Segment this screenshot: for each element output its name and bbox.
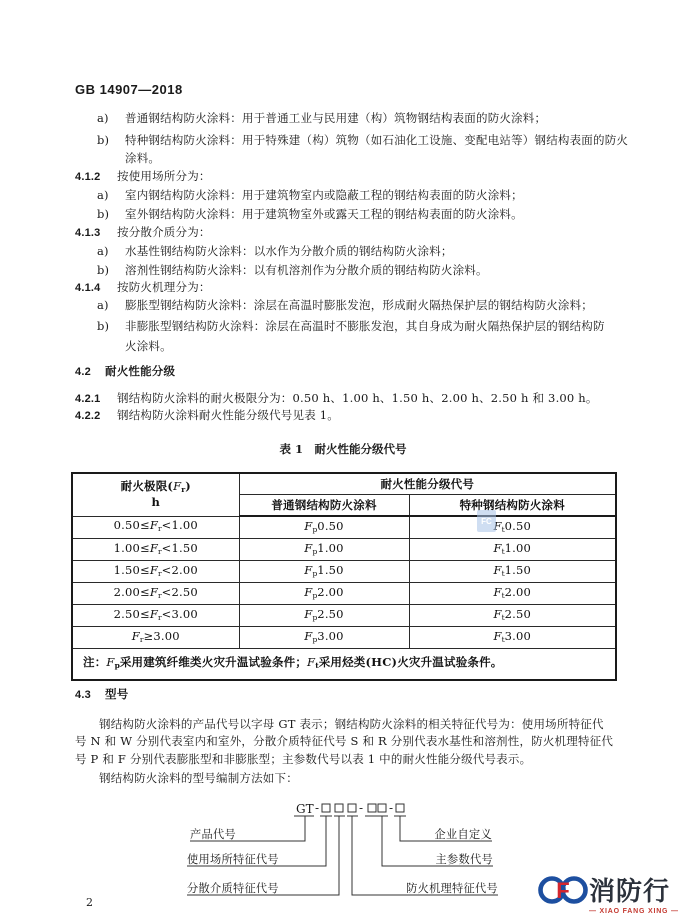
label-enterprise-defined: 企业自定义: [435, 827, 492, 841]
list-marker: b): [97, 262, 125, 278]
list-marker: b): [97, 318, 125, 334]
paragraph-line: 钢结构防火涂料的型号编制方法如下：: [99, 770, 298, 786]
list-item: b)室外钢结构防火涂料：用于建筑物室外或露天工程的钢结构表面的防火涂料。: [97, 206, 523, 222]
list-item: b)特种钢结构防火涂料：用于特殊建（构）筑物（如石油化工设施、变配电站等）钢结构…: [97, 132, 628, 148]
cell-special-code: Ft2.50: [409, 605, 616, 627]
fire-resistance-class-table: 耐火极限(Fr) h 耐火性能分级代号 普通钢结构防火涂料 特种钢结构防火涂料 …: [71, 472, 617, 681]
list-item: a)膨胀型钢结构防火涂料：涂层在高温时膨胀发泡，形成耐火隔热保护层的钢结构防火涂…: [97, 297, 593, 313]
cell-ordinary-code: Fp0.50: [239, 516, 409, 539]
line-text: 钢结构防火涂料的耐火极限分为：0.50 h、1.00 h、1.50 h、2.00…: [117, 391, 598, 405]
cell-ordinary-code: Fp3.00: [239, 627, 409, 649]
clause-heading: 4.1.2按使用场所分为：: [75, 168, 211, 185]
logo-cn-text: 消防行: [589, 876, 670, 906]
label-place-code: 使用场所特征代号: [187, 852, 279, 866]
table-note-row: 注：Fp采用建筑纤维类火灾升温试验条件；Ft采用烃类(HC)火灾升温试验条件。: [72, 649, 616, 681]
label-product-code: 产品代号: [190, 827, 236, 841]
list-marker: a): [97, 187, 125, 203]
header-unit: h: [151, 495, 160, 509]
standard-number: GB 14907—2018: [75, 82, 183, 97]
clause-number: 4.1.2: [75, 169, 117, 185]
table-caption: 表 1 耐火性能分级代号: [71, 441, 615, 457]
list-item: a)水基性钢结构防火涂料：以水作为分散介质的钢结构防火涂料；: [97, 243, 453, 259]
clause-number: 4.1.3: [75, 225, 117, 241]
line-text: 钢结构防火涂料的产品代号以字母 GT 表示；钢结构防火涂料的相关特征代号为：使用…: [99, 717, 604, 731]
line-text: 耐火性能分级: [105, 364, 175, 378]
list-item: a)普通钢结构防火涂料：用于普通工业与民用建（构）筑物钢结构表面的防火涂料；: [97, 110, 546, 126]
code-box: [368, 804, 376, 812]
logo-letter-f: F: [556, 878, 569, 903]
cell-special-code: Ft1.00: [409, 539, 616, 561]
page-number: 2: [86, 896, 93, 909]
hyphen: -: [315, 801, 319, 815]
list-item-continuation: 涂料。: [125, 150, 160, 166]
cell-limit: 2.50≤Fr<3.00: [72, 605, 239, 627]
list-marker: b): [97, 206, 125, 222]
line-text: 涂料。: [125, 151, 160, 165]
line-text: 钢结构防火涂料耐火性能分级代号见表 1。: [117, 408, 339, 422]
cell-ordinary-code: Fp1.00: [239, 539, 409, 561]
list-marker: a): [97, 297, 125, 313]
table-row: 2.50≤Fr<3.00 Fp2.50 Ft2.50: [72, 605, 616, 627]
list-item: b)非膨胀型钢结构防火涂料：涂层在高温时不膨胀发泡，其自身成为耐火隔热保护层的钢…: [97, 318, 605, 334]
header-special: 特种钢结构防火涂料: [409, 495, 616, 517]
label-mechanism-code: 防火机理特征代号: [406, 881, 498, 895]
paragraph-line: 钢结构防火涂料的产品代号以字母 GT 表示；钢结构防火涂料的相关特征代号为：使用…: [99, 716, 604, 732]
header-fire-limit-post: ): [185, 479, 191, 493]
clause-number: 4.3: [75, 687, 105, 703]
table-row: 2.00≤Fr<2.50 Fp2.00 Ft2.00: [72, 583, 616, 605]
label-main-parameter-code: 主参数代号: [436, 852, 493, 866]
diagram-gt-code: GT: [296, 802, 314, 816]
watermark-stamp: FC: [477, 510, 496, 532]
line-text: 室外钢结构防火涂料：用于建筑物室外或露天工程的钢结构表面的防火涂料。: [125, 207, 523, 221]
list-item: b)溶剂性钢结构防火涂料：以有机溶剂作为分散介质的钢结构防火涂料。: [97, 262, 488, 278]
code-box: [322, 804, 330, 812]
cell-limit: 0.50≤Fr<1.00: [72, 516, 239, 539]
list-marker: b): [97, 132, 125, 148]
cell-special-code: Ft1.50: [409, 561, 616, 583]
cell-special-code: Ft0.50: [409, 516, 616, 539]
line-text: 号 P 和 F 分别代表膨胀型和非膨胀型；主参数代号以表 1 中的耐火性能分级代…: [75, 752, 531, 766]
code-box: [396, 804, 404, 812]
line-text: 按分散介质分为：: [117, 225, 211, 239]
table-row: 1.00≤Fr<1.50 Fp1.00 Ft1.00: [72, 539, 616, 561]
list-marker: a): [97, 110, 125, 126]
line-text: 号 N 和 W 分别代表室内和室外，分散介质特征代号 S 和 R 分别代表水基性…: [75, 734, 613, 748]
hyphen: -: [359, 801, 363, 815]
cell-limit: 1.50≤Fr<2.00: [72, 561, 239, 583]
line-text: 特种钢结构防火涂料：用于特殊建（构）筑物（如石油化工设施、变配电站等）钢结构表面…: [125, 133, 628, 147]
cell-limit: Fr≥3.00: [72, 627, 239, 649]
clause-heading: 4.1.3按分散介质分为：: [75, 224, 211, 241]
clause-heading: 4.1.4按防火机理分为：: [75, 279, 211, 296]
line-text: 按使用场所分为：: [117, 169, 211, 183]
code-box: [335, 804, 343, 812]
code-box: [378, 804, 386, 812]
section-heading: 4.2耐火性能分级: [75, 363, 175, 380]
cell-special-code: Ft3.00: [409, 627, 616, 649]
clause-number: 4.2: [75, 364, 105, 380]
hyphen: -: [389, 801, 393, 815]
line-text: 钢结构防火涂料的型号编制方法如下：: [99, 771, 298, 785]
cell-ordinary-code: Fp1.50: [239, 561, 409, 583]
code-box: [348, 804, 356, 812]
clause-number: 4.2.2: [75, 408, 117, 424]
line-text: 水基性钢结构防火涂料：以水作为分散介质的钢结构防火涂料；: [125, 244, 453, 258]
line-text: 溶剂性钢结构防火涂料：以有机溶剂作为分散介质的钢结构防火涂料。: [125, 263, 488, 277]
cell-ordinary-code: Fp2.50: [239, 605, 409, 627]
list-item-continuation: 火涂料。: [125, 338, 172, 354]
table-row: 1.50≤Fr<2.00 Fp1.50 Ft1.50: [72, 561, 616, 583]
cell-special-code: Ft2.00: [409, 583, 616, 605]
cell-limit: 2.00≤Fr<2.50: [72, 583, 239, 605]
list-item: a)室内钢结构防火涂料：用于建筑物室内或隐蔽工程的钢结构表面的防火涂料；: [97, 187, 523, 203]
label-medium-code: 分散介质特征代号: [187, 881, 279, 895]
line-text: 室内钢结构防火涂料：用于建筑物室内或隐蔽工程的钢结构表面的防火涂料；: [125, 188, 523, 202]
section-heading: 4.3型号: [75, 686, 128, 703]
clause-heading: 4.2.2钢结构防火涂料耐火性能分级代号见表 1。: [75, 407, 339, 424]
paragraph-line: 号 N 和 W 分别代表室内和室外，分散介质特征代号 S 和 R 分别代表水基性…: [75, 733, 613, 749]
paragraph-line: 号 P 和 F 分别代表膨胀型和非膨胀型；主参数代号以表 1 中的耐火性能分级代…: [75, 751, 531, 767]
document-page: GB 14907—2018 a)普通钢结构防火涂料：用于普通工业与民用建（构）筑…: [0, 0, 694, 919]
list-marker: a): [97, 243, 125, 259]
cell-limit: 1.00≤Fr<1.50: [72, 539, 239, 561]
header-fire-limit-pre: 耐火极限(: [121, 479, 173, 493]
line-text: 型号: [105, 687, 128, 701]
line-text: 火涂料。: [125, 339, 172, 353]
table-row: 0.50≤Fr<1.00 Fp0.50 Ft0.50: [72, 516, 616, 539]
table-row: Fr≥3.00 Fp3.00 Ft3.00: [72, 627, 616, 649]
logo-en-text: — XIAO FANG XING —: [589, 908, 679, 915]
xiaofangxing-logo: F 消防行 — XIAO FANG XING —: [538, 869, 694, 917]
cell-ordinary-code: Fp2.00: [239, 583, 409, 605]
line-text: 非膨胀型钢结构防火涂料：涂层在高温时不膨胀发泡，其自身成为耐火隔热保护层的钢结构…: [125, 319, 605, 333]
header-fire-limit: 耐火极限(Fr) h: [72, 473, 239, 516]
table-note: 注：Fp采用建筑纤维类火灾升温试验条件；Ft采用烃类(HC)火灾升温试验条件。: [72, 649, 616, 681]
header-class-code: 耐火性能分级代号: [239, 473, 616, 495]
line-text: 普通钢结构防火涂料：用于普通工业与民用建（构）筑物钢结构表面的防火涂料；: [125, 111, 546, 125]
line-text: 按防火机理分为：: [117, 280, 211, 294]
table-header-row: 耐火极限(Fr) h 耐火性能分级代号: [72, 473, 616, 495]
line-text: 膨胀型钢结构防火涂料：涂层在高温时膨胀发泡，形成耐火隔热保护层的钢结构防火涂料；: [125, 298, 593, 312]
clause-heading: 4.2.1钢结构防火涂料的耐火极限分为：0.50 h、1.00 h、1.50 h…: [75, 390, 598, 407]
clause-number: 4.1.4: [75, 280, 117, 296]
header-ordinary: 普通钢结构防火涂料: [239, 495, 409, 517]
clause-number: 4.2.1: [75, 391, 117, 407]
